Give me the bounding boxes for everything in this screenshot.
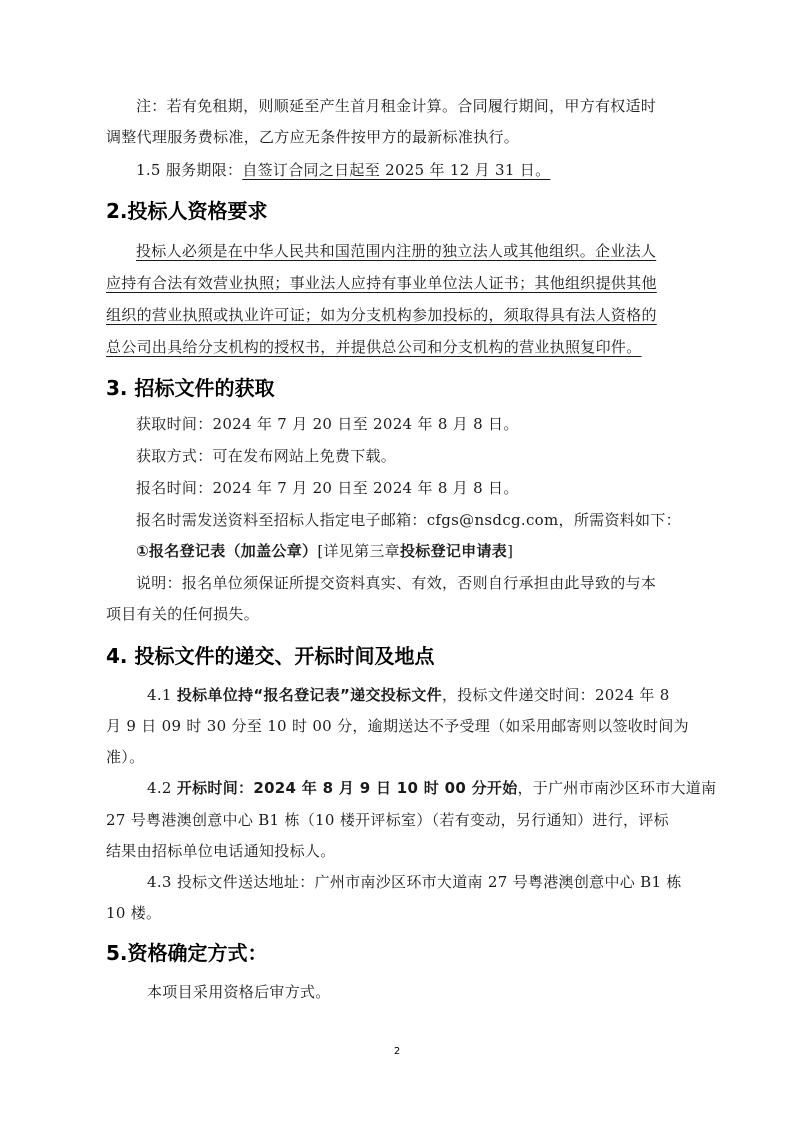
item-4-2-line-2: 27 号粤港澳创意中心 B1 栋（10 楼开评标室）（若有变动，另行通知）进行，… <box>106 810 690 830</box>
required-item-ref-prefix: [详见第三章 <box>317 542 400 560</box>
item-4-1-number: 4.1 <box>147 686 177 704</box>
required-item-title: ①报名登记表（加盖公章） <box>136 542 317 560</box>
section-2-line-4: 总公司出具给分支机构的授权书，并提供总公司和分支机构的营业执照复印件。 <box>106 337 690 357</box>
section-5-heading: 5.资格确定方式： <box>106 940 268 966</box>
note-line-2: 调整代理服务费标准，乙方应无条件按甲方的最新标准执行。 <box>106 127 690 147</box>
required-item-ref-suffix: ] <box>507 542 513 560</box>
section-2-line-2: 应持有合法有效营业执照；事业法人应持有事业单位法人证书；其他组织提供其他 <box>106 273 690 293</box>
item-4-3-line-1: 4.3 投标文件送达地址：广州市南沙区环市大道南 27 号粤港澳创意中心 B1 … <box>147 872 690 892</box>
page-number: 2 <box>0 1046 794 1057</box>
email-line: 报名时需发送资料至招标人指定电子邮箱：cfgs@nsdcg.com，所需资料如下… <box>136 510 690 530</box>
item-4-1-line-3: 准）。 <box>106 747 690 767</box>
item-4-1-line-1: 4.1 投标单位持“报名登记表”递交投标文件，投标文件递交时间：2024 年 8 <box>147 685 690 705</box>
item-4-2-number: 4.2 <box>147 779 177 797</box>
service-period: 1.5 服务期限：自签订合同之日起至 2025 年 12 月 31 日。 <box>136 160 690 180</box>
item-4-2-bold: 开标时间：2024 年 8 月 9 日 10 时 00 分开始 <box>177 779 518 797</box>
service-period-label: 1.5 服务期限： <box>136 161 242 179</box>
section-4-heading: 4. 投标文件的递交、开标时间及地点 <box>106 643 434 669</box>
item-4-1-line-2: 月 9 日 09 时 30 分至 10 时 00 分，逾期送达不予受理（如采用邮… <box>106 716 690 736</box>
item-4-2-rest: ，于广州市南沙区环市大道南 <box>518 779 717 797</box>
section-5-body: 本项目采用资格后审方式。 <box>147 982 690 1002</box>
required-item: ①报名登记表（加盖公章）[详见第三章投标登记申请表] <box>136 541 690 561</box>
required-item-ref-form: 投标登记申请表 <box>400 542 507 560</box>
document-page: 注：若有免租期，则顺延至产生首月租金计算。合同履行期间，甲方有权适时 调整代理服… <box>0 0 794 1123</box>
service-period-value: 自签订合同之日起至 2025 年 12 月 31 日。 <box>242 161 550 179</box>
item-4-2-line-3: 结果由招标单位电话通知投标人。 <box>106 841 690 861</box>
item-4-1-rest: ，投标文件递交时间：2024 年 8 <box>442 686 670 704</box>
item-4-3-line-2: 10 楼。 <box>106 903 690 923</box>
item-4-2-line-1: 4.2 开标时间：2024 年 8 月 9 日 10 时 00 分开始，于广州市… <box>147 778 690 798</box>
section-3-heading: 3. 招标文件的获取 <box>106 375 274 401</box>
explanation-line-2: 项目有关的任何损失。 <box>106 604 690 624</box>
obtain-time: 获取时间：2024 年 7 月 20 日至 2024 年 8 月 8 日。 <box>136 414 690 434</box>
obtain-method: 获取方式：可在发布网站上免费下载。 <box>136 446 690 466</box>
section-2-heading: 2.投标人资格要求 <box>106 198 268 224</box>
item-4-1-bold: 投标单位持“报名登记表”递交投标文件 <box>177 686 442 704</box>
explanation-line-1: 说明：报名单位须保证所提交资料真实、有效，否则自行承担由此导致的与本 <box>136 573 690 593</box>
section-2-line-3: 组织的营业执照或执业许可证；如为分支机构参加投标的，须取得具有法人资格的 <box>106 305 690 325</box>
register-time: 报名时间：2024 年 7 月 20 日至 2024 年 8 月 8 日。 <box>136 478 690 498</box>
section-2-line-1: 投标人必须是在中华人民共和国范围内注册的独立法人或其他组织。企业法人 <box>136 241 690 261</box>
note-line-1: 注：若有免租期，则顺延至产生首月租金计算。合同履行期间，甲方有权适时 <box>136 96 690 116</box>
